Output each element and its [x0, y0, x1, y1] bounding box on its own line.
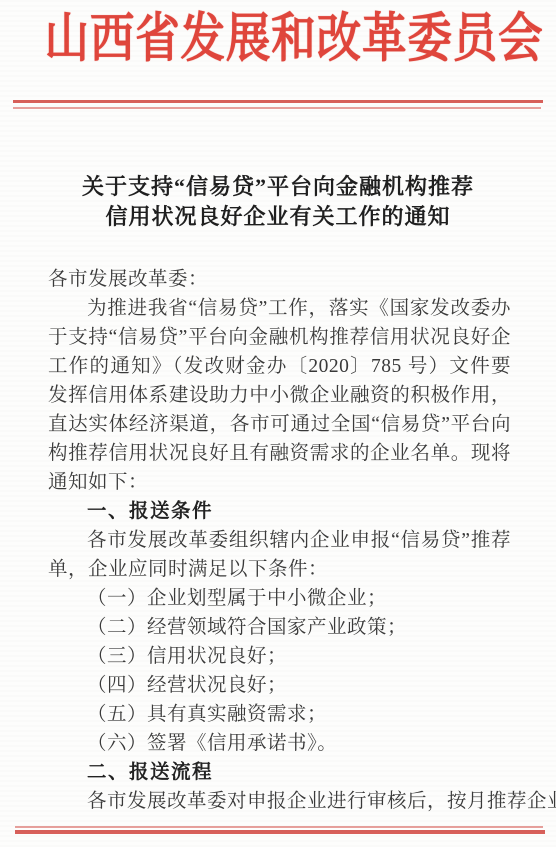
body-line: 为推进我省“信易贷”工作，落实《国家发改委办公厅关 — [48, 294, 511, 323]
body-line: 各市发展改革委对申报企业进行审核后，按月推荐企业， — [48, 787, 511, 816]
body-line: 工作的通知》（发改财金办〔2020〕785 号）文件要求，充分 — [48, 352, 511, 381]
condition-item-1: （一）企业划型属于中小微企业； — [48, 584, 511, 613]
condition-item-2: （二）经营领域符合国家产业政策； — [48, 613, 511, 642]
body-line: 构推荐信用状况良好且有融资需求的企业名单。现将有关事项 — [48, 439, 511, 468]
header-rule-thick — [13, 100, 543, 103]
body-line: 各市发展改革委组织辖内企业申报“信易贷”推荐企业名 — [48, 526, 511, 555]
salutation-line: 各市发展改革委： — [48, 265, 511, 294]
document-title-line-2: 信用状况良好企业有关工作的通知 — [0, 202, 556, 232]
body-line: 于支持“信易贷”平台向金融机构推荐信用状况良好企业有关 — [48, 323, 511, 352]
section-2-heading: 二、报送流程 — [48, 758, 511, 787]
body-line: 单，企业应同时满足以下条件： — [48, 555, 511, 584]
agency-name: 山西省发展和改革委员会 — [44, 4, 511, 74]
header-rule-thin — [13, 107, 541, 109]
footer-rule-thick — [15, 830, 545, 834]
section-1-heading: 一、报送条件 — [48, 497, 511, 526]
document-body: 各市发展改革委： 为推进我省“信易贷”工作，落实《国家发改委办公厅关 于支持“信… — [48, 265, 511, 816]
document-title-line-1: 关于支持“信易贷”平台向金融机构推荐 — [0, 172, 556, 202]
condition-item-3: （三）信用状况良好； — [48, 642, 511, 671]
body-line: 通知如下： — [48, 468, 511, 497]
condition-item-4: （四）经营状况良好； — [48, 671, 511, 700]
footer-rule-thin — [15, 826, 543, 828]
body-line: 直达实体经济渠道，各市可通过全国“信易贷”平台向金融机 — [48, 410, 511, 439]
document-page: 山西省发展和改革委员会 关于支持“信易贷”平台向金融机构推荐 信用状况良好企业有… — [0, 0, 556, 847]
body-line: 发挥信用体系建设助力中小微企业融资的积极作用，畅通资金 — [48, 381, 511, 410]
condition-item-6: （六）签署《信用承诺书》。 — [48, 729, 511, 758]
document-title: 关于支持“信易贷”平台向金融机构推荐 信用状况良好企业有关工作的通知 — [0, 172, 556, 232]
condition-item-5: （五）具有真实融资需求； — [48, 700, 511, 729]
